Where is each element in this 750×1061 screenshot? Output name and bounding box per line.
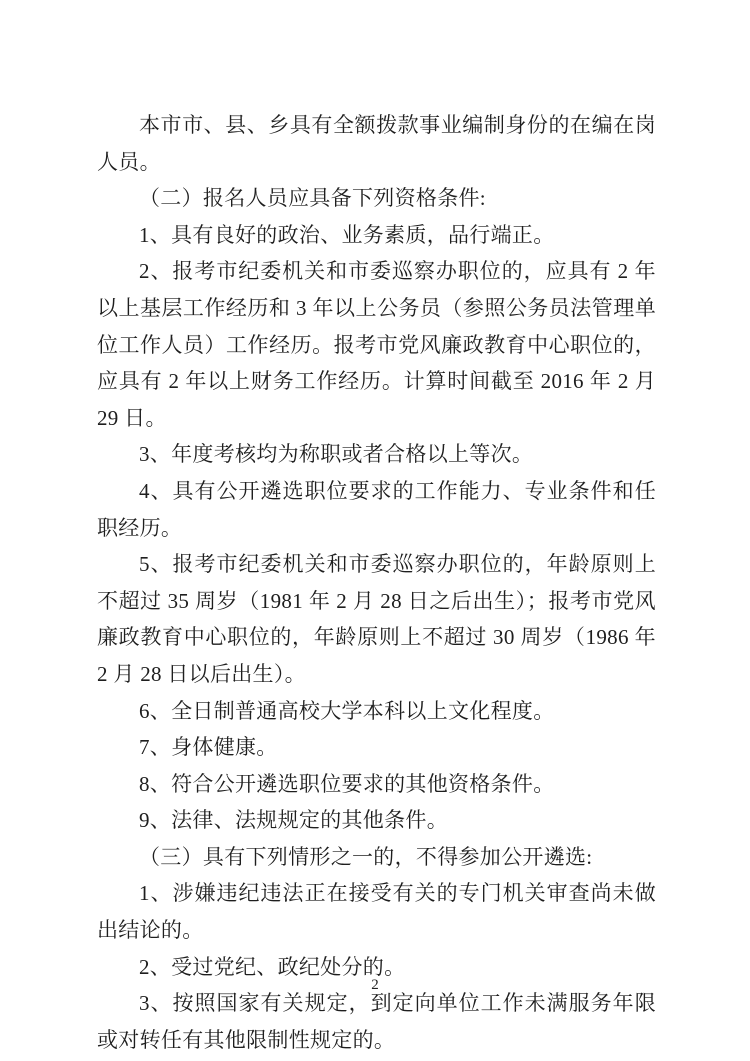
paragraph: （二）报名人员应具备下列资格条件: — [97, 180, 656, 217]
paragraph: 本市市、县、乡具有全额拨款事业编制身份的在编在岗人员。 — [97, 107, 656, 180]
paragraph: 3、按照国家有关规定，到定向单位工作未满服务年限或对转任有其他限制性规定的。 — [97, 985, 656, 1058]
paragraph: 2、报考市纪委机关和市委巡察办职位的，应具有 2 年以上基层工作经历和 3 年以… — [97, 253, 656, 436]
paragraph: 8、符合公开遴选职位要求的其他资格条件。 — [97, 766, 656, 803]
page-number: 2 — [0, 975, 750, 995]
paragraph: （三）具有下列情形之一的，不得参加公开遴选: — [97, 839, 656, 876]
paragraph: 9、法律、法规规定的其他条件。 — [97, 802, 656, 839]
paragraph: 1、具有良好的政治、业务素质，品行端正。 — [97, 217, 656, 254]
document-page: 本市市、县、乡具有全额拨款事业编制身份的在编在岗人员。 （二）报名人员应具备下列… — [0, 0, 750, 1061]
paragraph: 6、全日制普通高校大学本科以上文化程度。 — [97, 693, 656, 730]
paragraph: 4、具有公开遴选职位要求的工作能力、专业条件和任职经历。 — [97, 473, 656, 546]
paragraph: 3、年度考核均为称职或者合格以上等次。 — [97, 436, 656, 473]
document-body: 本市市、县、乡具有全额拨款事业编制身份的在编在岗人员。 （二）报名人员应具备下列… — [97, 0, 656, 1058]
paragraph: 7、身体健康。 — [97, 729, 656, 766]
paragraph: 1、涉嫌违纪违法正在接受有关的专门机关审查尚未做出结论的。 — [97, 875, 656, 948]
paragraph: 5、报考市纪委机关和市委巡察办职位的，年龄原则上不超过 35 周岁（1981 年… — [97, 546, 656, 692]
